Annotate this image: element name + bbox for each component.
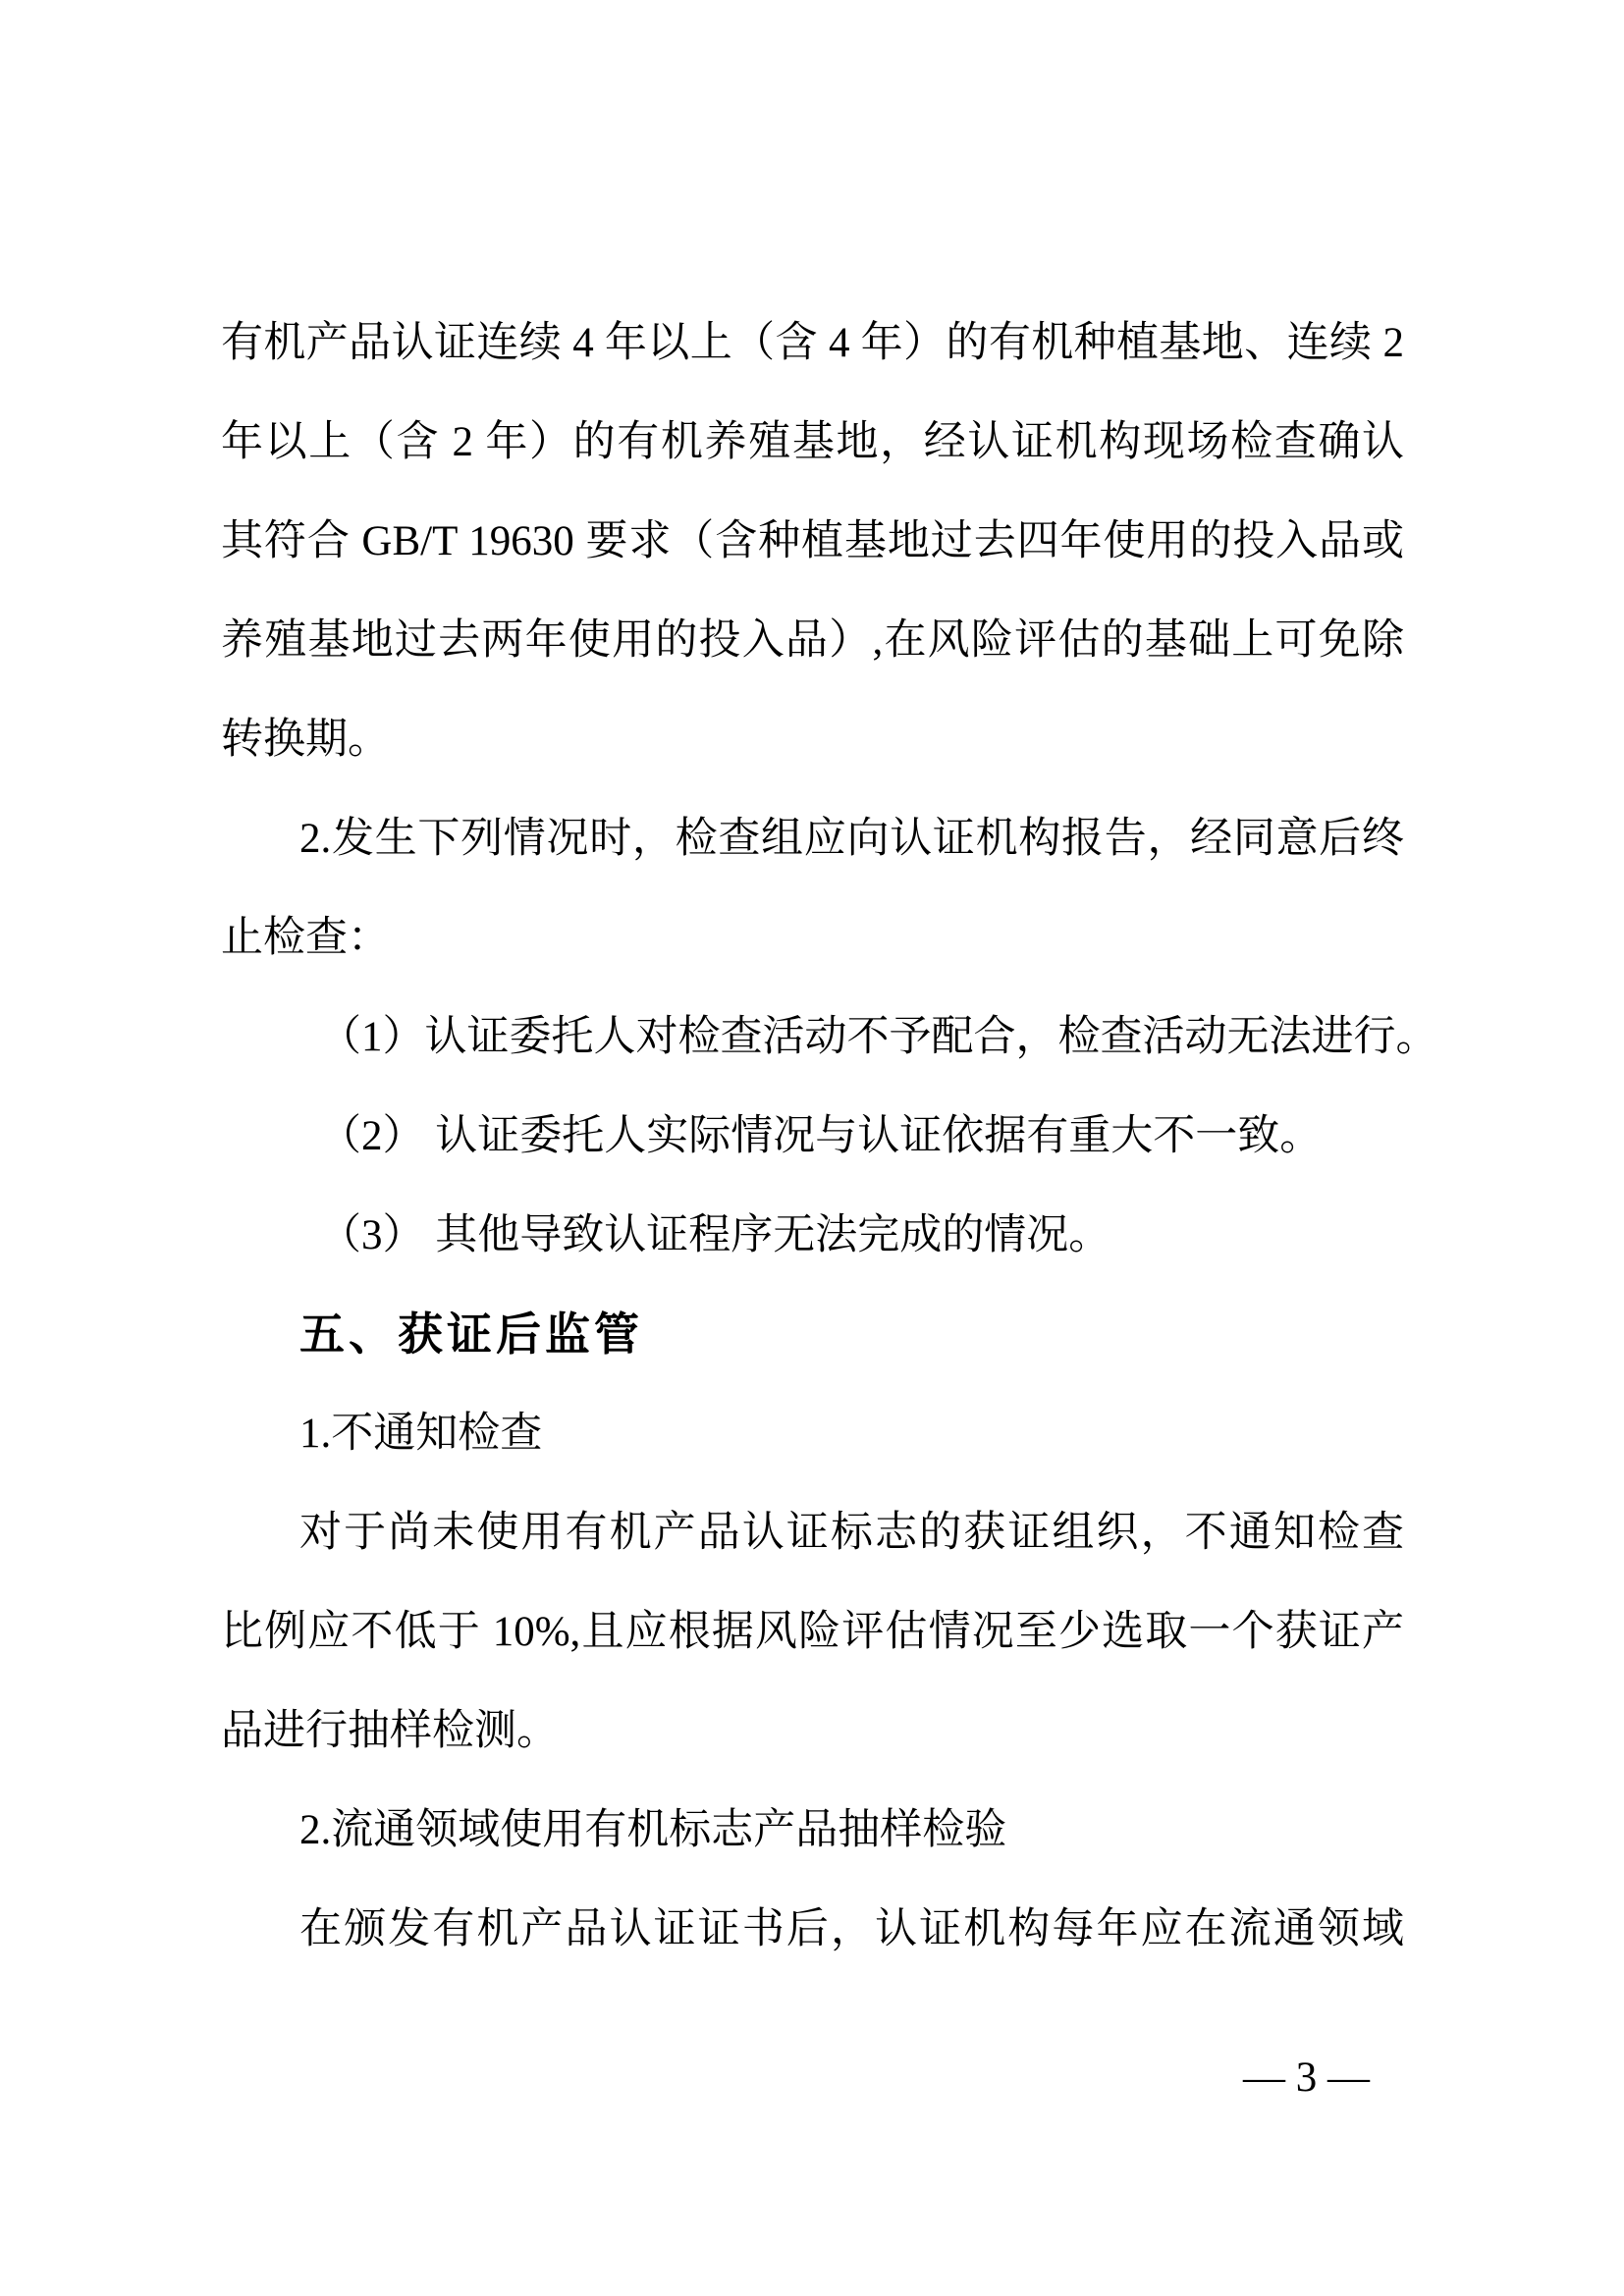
subsection-title: 2.流通领域使用有机标志产品抽样检验 bbox=[221, 1781, 1404, 1880]
paragraph-line: 养殖基地过去两年使用的投入品）,在风险评估的基础上可免除 bbox=[221, 591, 1404, 690]
paragraph-line: 在颁发有机产品认证证书后，认证机构每年应在流通领域 bbox=[221, 1880, 1404, 1979]
paragraph-line: 年以上（含 2 年）的有机养殖基地，经认证机构现场检查确认 bbox=[221, 393, 1404, 492]
paragraph-line: 其符合 GB/T 19630 要求（含种植基地过去四年使用的投入品或 bbox=[221, 492, 1404, 591]
document-page: 有机产品认证连续 4 年以上（含 4 年）的有机种植基地、连续 2 年以上（含 … bbox=[0, 0, 1624, 2296]
list-item: （1）认证委托人对检查活动不予配合，检查活动无法进行。 bbox=[221, 988, 1404, 1087]
body-text: 有机产品认证连续 4 年以上（含 4 年）的有机种植基地、连续 2 年以上（含 … bbox=[221, 294, 1404, 1979]
list-item: （3） 其他导致认证程序无法完成的情况。 bbox=[221, 1186, 1404, 1285]
paragraph-line: 有机产品认证连续 4 年以上（含 4 年）的有机种植基地、连续 2 bbox=[221, 294, 1404, 393]
paragraph-line: 止检查： bbox=[221, 888, 1404, 988]
paragraph-line: 2.发生下列情况时，检查组应向认证机构报告，经同意后终 bbox=[221, 789, 1404, 888]
paragraph-line: 品进行抽样检测。 bbox=[221, 1682, 1404, 1781]
subsection-title: 1.不通知检查 bbox=[221, 1384, 1404, 1483]
paragraph-line: 对于尚未使用有机产品认证标志的获证组织，不通知检查 bbox=[221, 1483, 1404, 1582]
list-item: （2） 认证委托人实际情况与认证依据有重大不一致。 bbox=[221, 1087, 1404, 1186]
paragraph-line: 比例应不低于 10%,且应根据风险评估情况至少选取一个获证产 bbox=[221, 1582, 1404, 1682]
section-heading: 五、获证后监管 bbox=[221, 1285, 1404, 1384]
page-number: — 3 — bbox=[1243, 2054, 1370, 2103]
paragraph-line: 转换期。 bbox=[221, 690, 1404, 789]
